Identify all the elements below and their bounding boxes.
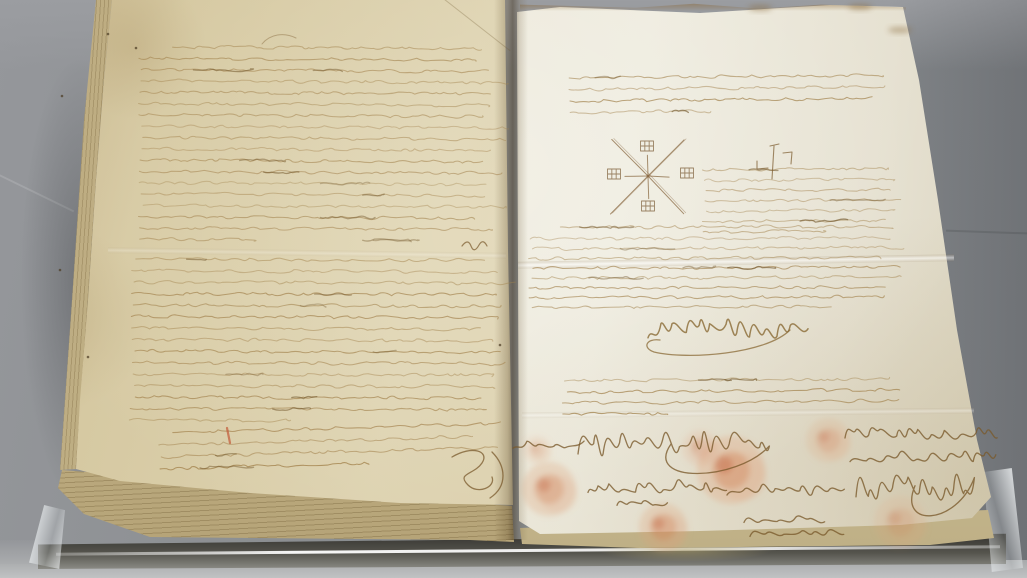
photo-scene bbox=[0, 0, 1027, 578]
book-gutter-shadow bbox=[494, 0, 528, 540]
